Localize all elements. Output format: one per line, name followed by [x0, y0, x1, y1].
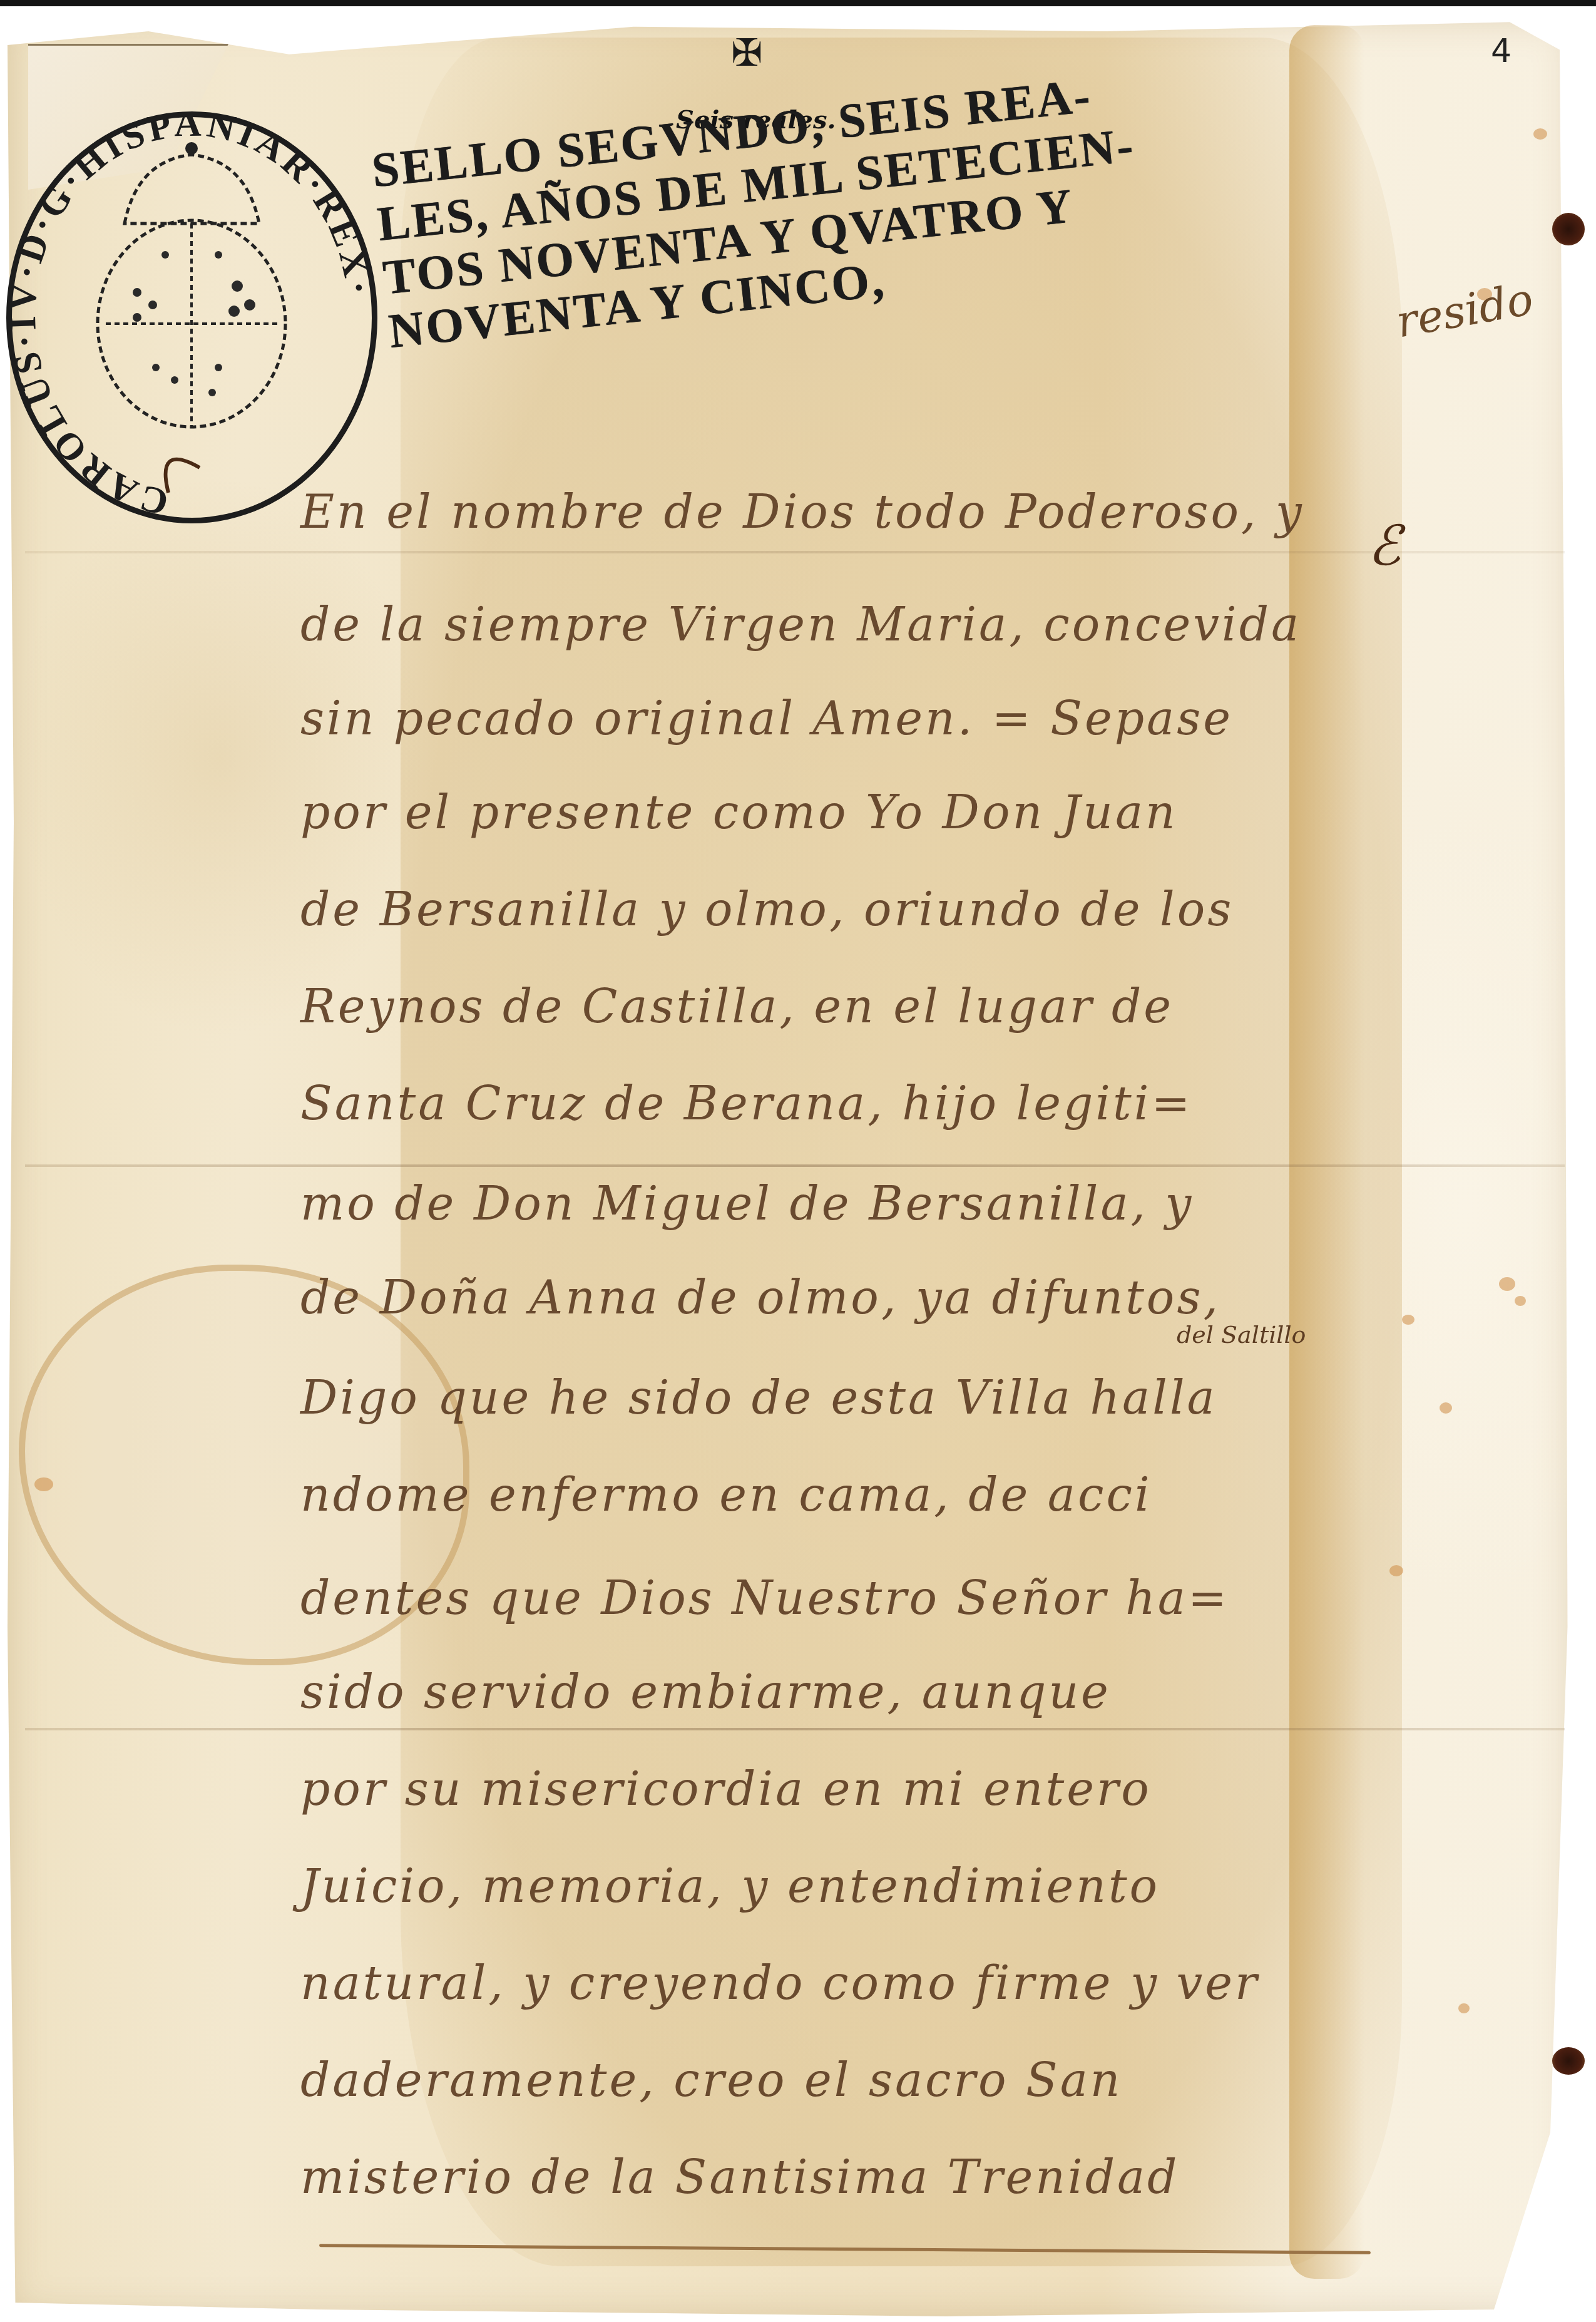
- foxing-spot: [34, 1477, 53, 1491]
- handwritten-line: dentes que Dios Nuestro Señor ha=: [300, 1571, 1377, 1625]
- handwritten-line: de la siempre Virgen Maria, concevida: [300, 598, 1377, 652]
- interlinear-insertion: del Saltillo: [1177, 1321, 1306, 1349]
- svg-text:CAROLUS·IV·D·G·HISPANIAR·REX·: CAROLUS·IV·D·G·HISPANIAR·REX·: [12, 117, 372, 518]
- handwritten-line: Reynos de Castilla, en el lugar de: [300, 980, 1377, 1034]
- cross-icon: ✠: [731, 31, 762, 75]
- handwritten-line: Digo que he sido de esta Villa halla: [300, 1371, 1377, 1425]
- handwritten-line: natural, y creyendo como firme y ver: [300, 1956, 1377, 2010]
- handwritten-line: Santa Cruz de Berana, hijo legiti=: [300, 1077, 1377, 1131]
- handwritten-line: por el presente como Yo Don Juan: [300, 786, 1377, 840]
- foxing-spot: [1402, 1315, 1414, 1325]
- seal-legend: CAROLUS·IV·D·G·HISPANIAR·REX·: [12, 117, 372, 518]
- handwritten-line: En el nombre de Dios todo Poderoso, y: [300, 485, 1377, 539]
- binding-hole-icon: [1552, 213, 1585, 245]
- foxing-spot: [1533, 128, 1547, 140]
- binding-hole-icon: [1552, 2047, 1585, 2075]
- handwritten-line: mo de Don Miguel de Bersanilla, y: [300, 1177, 1377, 1231]
- fold-crease: [25, 1164, 1565, 1167]
- folio-number: 4: [1491, 33, 1512, 70]
- handwritten-line: sido servido embiarme, aunque: [300, 1665, 1377, 1719]
- handwritten-line: Juicio, memoria, y entendimiento: [300, 1859, 1377, 1913]
- foxing-spot: [1515, 1296, 1526, 1306]
- handwritten-line: de Doña Anna de olmo, ya difuntos,: [300, 1271, 1377, 1325]
- handwritten-line: por su misericordia en mi entero: [300, 1762, 1377, 1816]
- royal-seal-icon: CAROLUS·IV·D·G·HISPANIAR·REX·: [6, 111, 377, 523]
- handwritten-line: daderamente, creo el sacro San: [300, 2053, 1377, 2107]
- handwritten-line: sin pecado original Amen. = Sepase: [300, 692, 1377, 746]
- handwritten-line: ndome enfermo en cama, de acci: [300, 1468, 1377, 1522]
- foxing-spot: [1499, 1277, 1515, 1291]
- foxing-spot: [1440, 1402, 1452, 1414]
- foxing-spot: [1389, 1565, 1403, 1576]
- handwritten-line: de Bersanilla y olmo, oriundo de los: [300, 883, 1377, 937]
- scanner-top-edge: [0, 0, 1596, 6]
- fold-crease: [25, 551, 1565, 553]
- handwritten-line: misterio de la Santisima Trenidad: [300, 2150, 1377, 2204]
- foxing-spot: [1458, 2003, 1470, 2013]
- fold-crease: [25, 1728, 1565, 1730]
